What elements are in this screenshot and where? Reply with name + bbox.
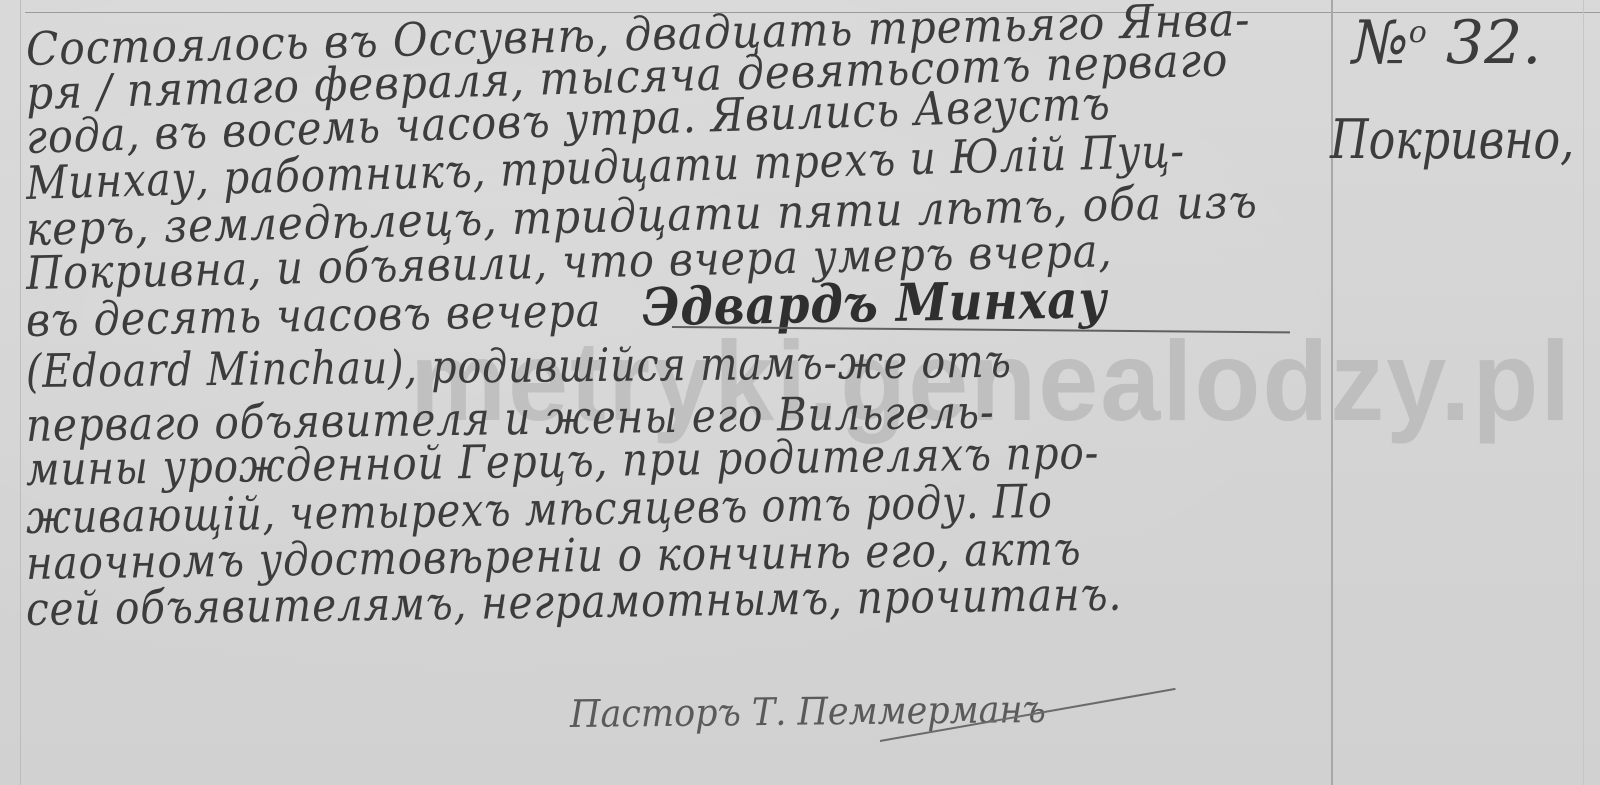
margin-place-name: Покривно,: [1330, 108, 1574, 171]
record-number-sup: o: [1409, 15, 1427, 50]
document-page: metryki.genealodzy.pl Состоялось въ Оссу…: [0, 0, 1600, 785]
record-number-value: 32: [1446, 8, 1522, 78]
pastor-signature: Пасторъ Т. Пеммерманъ: [570, 687, 1046, 736]
record-line-7-text: въ десять часовъ вечера: [26, 283, 602, 347]
left-margin-rule: [20, 0, 21, 785]
record-number: №o 32.: [1352, 8, 1541, 78]
right-edge-rule: [1583, 0, 1584, 785]
record-number-label: №: [1352, 8, 1409, 78]
